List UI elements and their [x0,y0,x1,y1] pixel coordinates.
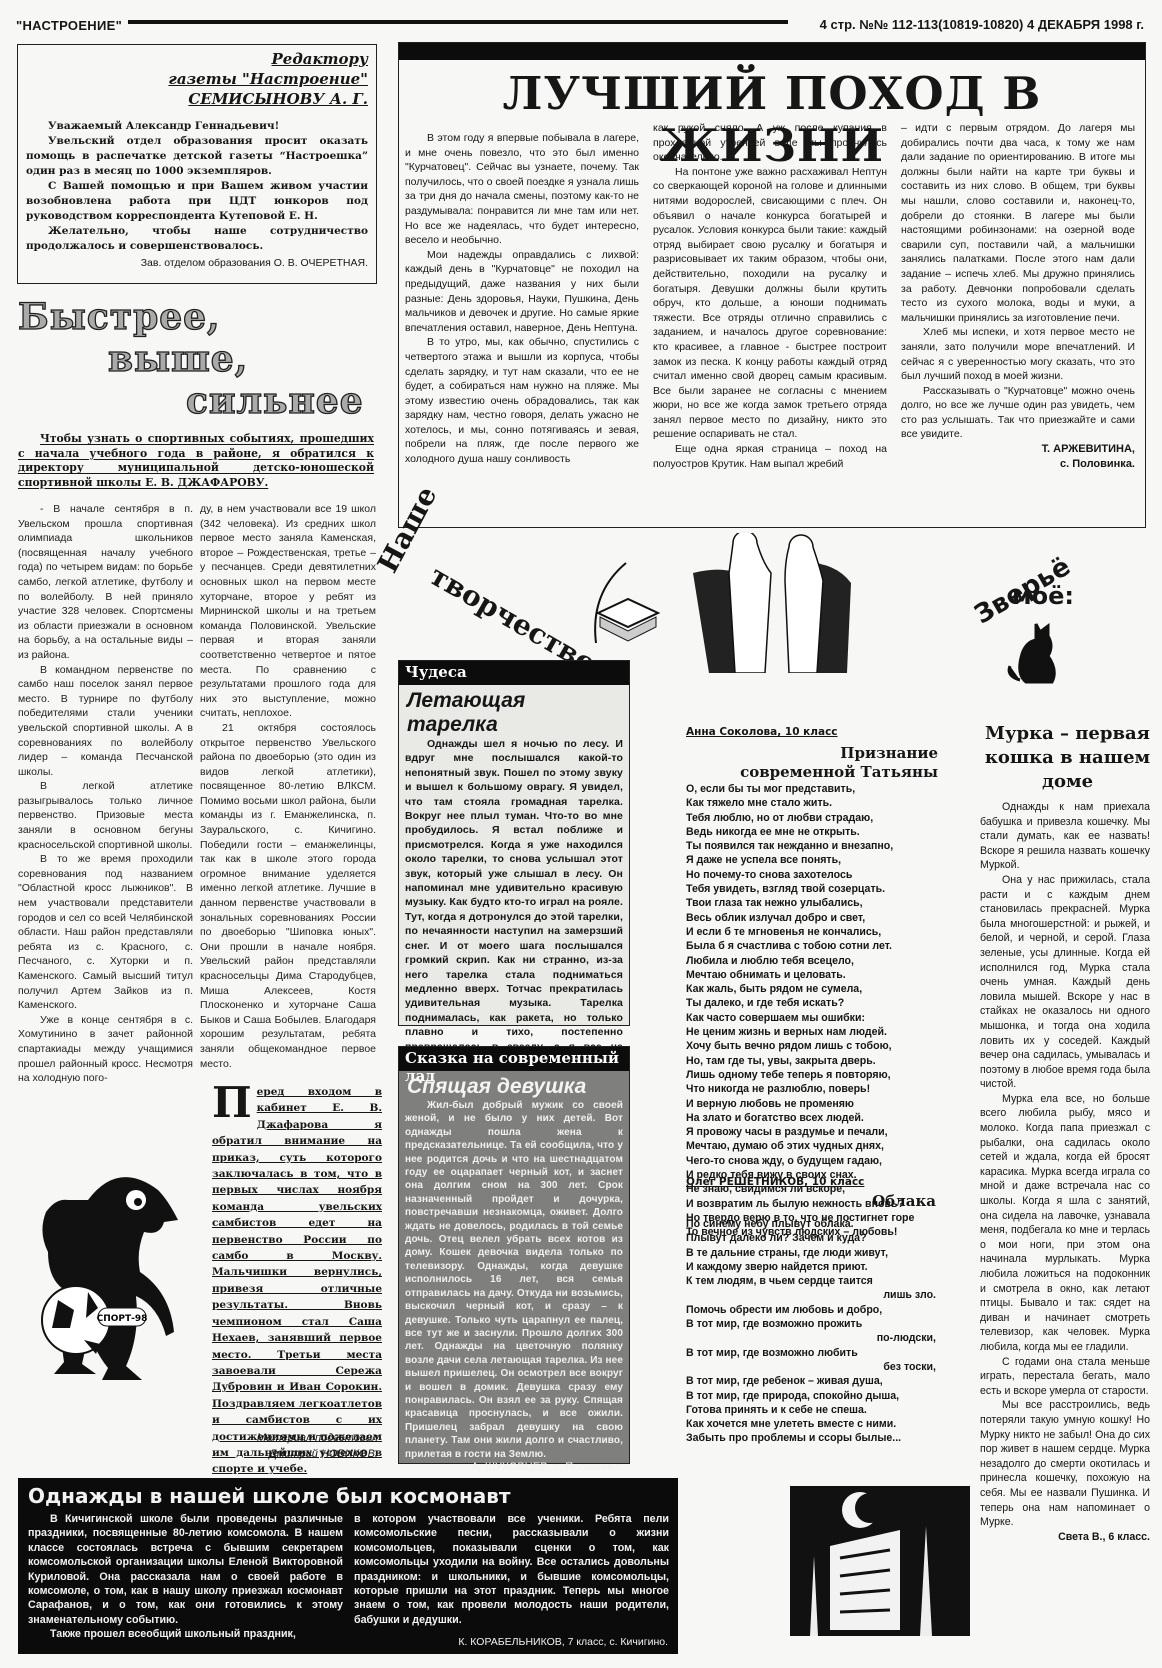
poem-line: Я провожу часы в раздумье и печали, [686,1125,938,1139]
rubric-label: Сказка на современный лад [399,1047,629,1071]
sport-column-2: ду, в нем участвовали все 19 школ (342 ч… [200,502,376,1071]
poem-line: Мечтаю обнимать и целовать. [686,968,938,982]
paragraph: Также прошел всеобщий школьный праздник, [28,1627,343,1641]
letter-paragraph: С Вашей помощью и при Вашем живом участи… [26,179,368,224]
poem-title: Признание современной Татьяны [686,744,938,782]
paragraph: Однажды к нам приехала бабушка и привезл… [980,800,1150,873]
intro-text: Чтобы узнать о спортивных событиях, прош… [18,432,374,489]
paragraph: ду, в нем участвовали все 19 школ (342 ч… [200,502,376,721]
poem-line: Плывут далеко ли? Зачем и куда? [686,1231,936,1245]
story-text: Однажды шел я ночью по лесу. И вдруг мне… [399,737,629,1068]
poem-line: Как хочется мне улететь вместе с ними. [686,1417,936,1431]
poem-line: лишь зло. [686,1288,936,1302]
sport-note: Перед входом в кабинет Е. В. Джафарова я… [212,1084,382,1478]
poem-line: О, если бы ты мог представить, [686,782,938,796]
poem-author: Олег РЕШЕТНИКОВ, 10 класс [686,1176,936,1188]
masthead-rule [128,20,788,24]
masthead-paper-name: "НАСТРОЕНИЕ" [16,18,122,33]
paragraph: В то утро, мы, как обычно, спустились с … [405,335,639,466]
poem-line: Твои глаза так нежно улыбались, [686,896,938,910]
article-author: К. КОРАБЕЛЬНИКОВ, 7 класс, с. Кичигино. [458,1636,668,1648]
paragraph: В то же время проходили соревнования под… [18,852,193,1013]
article-column-1: В этом году я впервые побывала в лагере,… [405,131,639,467]
paragraph: На понтоне уже важно расхаживал Нептун с… [653,165,887,442]
poem-line: Не ценим жизнь и верных нам людей. [686,1025,938,1039]
sport-intro: Чтобы узнать о спортивных событиях, прош… [18,432,374,490]
cat-silhouette-icon [1006,620,1076,684]
paragraph: В легкой атлетике разыгрывалось только л… [18,779,193,852]
article-title: Однажды в нашей школе был космонавт [28,1484,668,1508]
letter-greeting: Уважаемый Александр Геннадьевич! [26,119,368,134]
drop-cap: П [212,1084,252,1122]
poem-line: Была б я счастлива с тобою сотни лет. [686,939,938,953]
poem-line: Что никогда не разлюблю, поверь! [686,1082,938,1096]
poem-line: Тебя люблю, но от любви страдаю, [686,811,938,825]
poem-line: В тот мир, где природа, спокойно дыша, [686,1389,936,1403]
article-best-hike: ЛУЧШИЙ ПОХОД В ЖИЗНИ В этом году я вперв… [398,42,1146,528]
poem-line: В тот мир, где возможно прожить [686,1317,936,1331]
article-place: с. Половинка. [901,457,1135,472]
masthead-issue-info: 4 стр. №№ 112-113(10819-10820) 4 ДЕКАБРЯ… [820,17,1144,32]
paragraph: С годами она стала меньше играть, перест… [980,1355,1150,1399]
banner-word-1: Наше [371,481,444,578]
poem-line: Лишь одному тебе теперь я повторяю, [686,1068,938,1082]
pets-story-author: Света В., 6 класс. [980,1530,1150,1545]
paragraph: Она у нас прижилась, стала расти и с каж… [980,873,1150,1092]
address-line-1: Редактору [272,49,368,69]
poem-line: И верную любовь не променяю [686,1097,938,1111]
headline-word: сильнее [186,380,364,422]
pets-section-header: Зверьё моё: [950,540,1150,680]
header-word: моё: [1012,582,1074,610]
credit-name: Дмитрий НОВИКОВ. [210,1446,378,1462]
poem-line: Как жаль, быть рядом не сумела, [686,982,938,996]
poem-line: Готова принять и к себе не спеша. [686,1403,936,1417]
poem-line: И если б те мгновенья не кончались, [686,925,938,939]
paragraph: В командном первенстве по самбо наш посе… [18,663,193,780]
pets-story-body: Однажды к нам приехала бабушка и привезл… [980,800,1150,1544]
header-bar [399,43,1145,60]
poem-line: В тот мир, где ребенок – живая душа, [686,1374,936,1388]
sport-credit: Материал подготовил Дмитрий НОВИКОВ. [210,1430,378,1462]
sport-column-1: - В начале сентября в п. Увельском прошл… [18,502,193,1086]
rubric-label: Чудеса [399,661,629,685]
paragraph: 21 октября состоялось открытое первенств… [200,721,376,1071]
letter-paragraph: Увельский отдел образования просит оказа… [26,134,368,179]
poem-line: Любила и люблю тебя всецело, [686,954,938,968]
poem-line: Весь облик излучал добро и свет, [686,911,938,925]
paragraph: – идти с первым отрядом. До лагеря мы до… [901,121,1135,325]
tale-story-box: Сказка на современный лад Спящая девушка… [398,1046,630,1464]
story-author: А. ШУХОВЦЕВ, с. Половинка [399,1461,629,1473]
article-cosmonaut: Однажды в нашей школе был космонавт В Ки… [18,1478,678,1654]
poem-line: К тем людям, в чьем сердце таится [686,1274,936,1288]
paragraph: В Кичигинской школе были проведены разли… [28,1512,343,1627]
headline-word: выше, [108,338,248,380]
ufo-story-box: Чудеса Летающая тарелка Однажды шел я но… [398,660,630,1026]
poem-body: О, если бы ты мог представить,Как тяжело… [686,782,938,1240]
night-building-illustration [790,1486,970,1636]
poem-line: Помочь обрести им любовь и добро, [686,1303,936,1317]
poem-line: В те дальние страны, где люди живут, [686,1246,936,1260]
sport-headline: Быстрее, выше, сильнее [18,296,368,424]
paragraph: Еще одна яркая страница – поход на полуо… [653,442,887,471]
letter-address: Редактору газеты "Настроение" СЕМИСЫНОВУ… [26,49,368,109]
poem-line: без тоски, [686,1360,936,1374]
address-line-3: СЕМИСЫНОВУ А. Г. [188,89,368,109]
poem-line: Ведь никогда ее мне не открыть. [686,825,938,839]
article-column-3: – идти с первым отрядом. До лагеря мы до… [901,121,1135,472]
note-text: еред входом в кабинет Е. В. Джафарова я … [212,1086,382,1475]
letter-body: Уважаемый Александр Геннадьевич! Увельск… [26,119,368,254]
poem-line: Но почему-то снова захотелось [686,868,938,882]
poem-line: На злато и богатство всех людей. [686,1111,938,1125]
poem-title: Облака [686,1192,936,1211]
poem-line: Как часто совершаем мы ошибки: [686,1011,938,1025]
letter-to-editor: Редактору газеты "Настроение" СЕМИСЫНОВУ… [17,44,377,284]
couple-silhouette-icon [693,533,853,673]
paragraph: в котором участвовали все ученики. Ребят… [354,1512,669,1627]
paragraph: - В начале сентября в п. Увельском прошл… [18,502,193,663]
paragraph: Хлеб мы испеки, и хотя первое место не з… [901,325,1135,383]
letter-paragraph: Желательно, чтобы наше сотрудничество пр… [26,224,368,254]
paragraph: Мы все расстроились, ведь потеряли такую… [980,1398,1150,1529]
poem-line: Ты далеко, и где тебя искать? [686,996,938,1010]
poem-line: И каждому зверю найдется приют. [686,1260,936,1274]
poem-line: Я даже не успела все понять, [686,853,938,867]
poem-line: В тот мир, где возможно любить [686,1346,936,1360]
paragraph: Рассказывать о "Курчатовце" можно очень … [901,384,1135,442]
poem-line: Хочу быть вечно рядом лишь с тобою, [686,1039,938,1053]
svg-text:СПОРТ-98: СПОРТ-98 [97,1314,148,1324]
poem-body: По синему небу плывут облака.Плывут дале… [686,1217,936,1446]
poem-line: Как тяжело мне стало жить. [686,796,938,810]
poem-clouds: Олег РЕШЕТНИКОВ, 10 класс Облака По сине… [686,1176,936,1446]
poem-line: Но, там где ты, увы, закрыта дверь. [686,1054,938,1068]
mascot-bird-illustration: СПОРТ-98 [18,1160,198,1400]
story-text: Жил-был добрый мужик со своей женой, и н… [399,1099,629,1461]
poem-line: По синему небу плывут облака. [686,1217,936,1231]
letter-signature: Зав. отделом образования О. В. ОЧЕРЕТНАЯ… [26,257,368,269]
headline-word: Быстрее, [18,296,221,338]
poem-confession: Анна Соколова, 10 класс Признание соврем… [686,726,938,1240]
article-column-1: В Кичигинской школе были проведены разли… [28,1512,343,1642]
paragraph: В этом году я впервые побывала в лагере,… [405,131,639,248]
paragraph: Мурка ела все, но больше всего любила ры… [980,1092,1150,1355]
poem-line: по-людски, [686,1331,936,1345]
story-title: Летающая тарелка [399,685,629,737]
books-quill-icon [578,553,668,653]
article-author: Т. АРЖЕВИТИНА, [901,442,1135,457]
poem-author: Анна Соколова, 10 класс [686,726,938,738]
creativity-banner: Наше творчество [388,533,908,673]
article-column-2: как рукой сняло. А уж после купания в пр… [653,121,887,471]
pets-story-title: Мурка – первая кошка в нашем доме [980,722,1155,794]
paragraph: Уже в конце сентября в с. Хомутинино в з… [18,1013,193,1086]
paragraph: Мои надежды оправдались с лихвой: каждый… [405,248,639,336]
article-column-2: в котором участвовали все ученики. Ребят… [354,1512,669,1627]
credit-line: Материал подготовил [210,1430,378,1446]
story-title: Спящая девушка [399,1071,629,1099]
poem-line: Ты появился так нежданно и внезапно, [686,839,938,853]
poem-line: Тебя увидеть, взгляд твой созерцать. [686,882,938,896]
address-line-2: газеты "Настроение" [168,69,368,89]
paragraph: как рукой сняло. А уж после купания в пр… [653,121,887,165]
poem-line: Забыть про проблемы и ссоры былые... [686,1431,936,1445]
poem-line: Мечтаю, думаю об этих чудных днях, [686,1139,938,1153]
poem-line: Чего-то снова жду, о будущем гадаю, [686,1154,938,1168]
